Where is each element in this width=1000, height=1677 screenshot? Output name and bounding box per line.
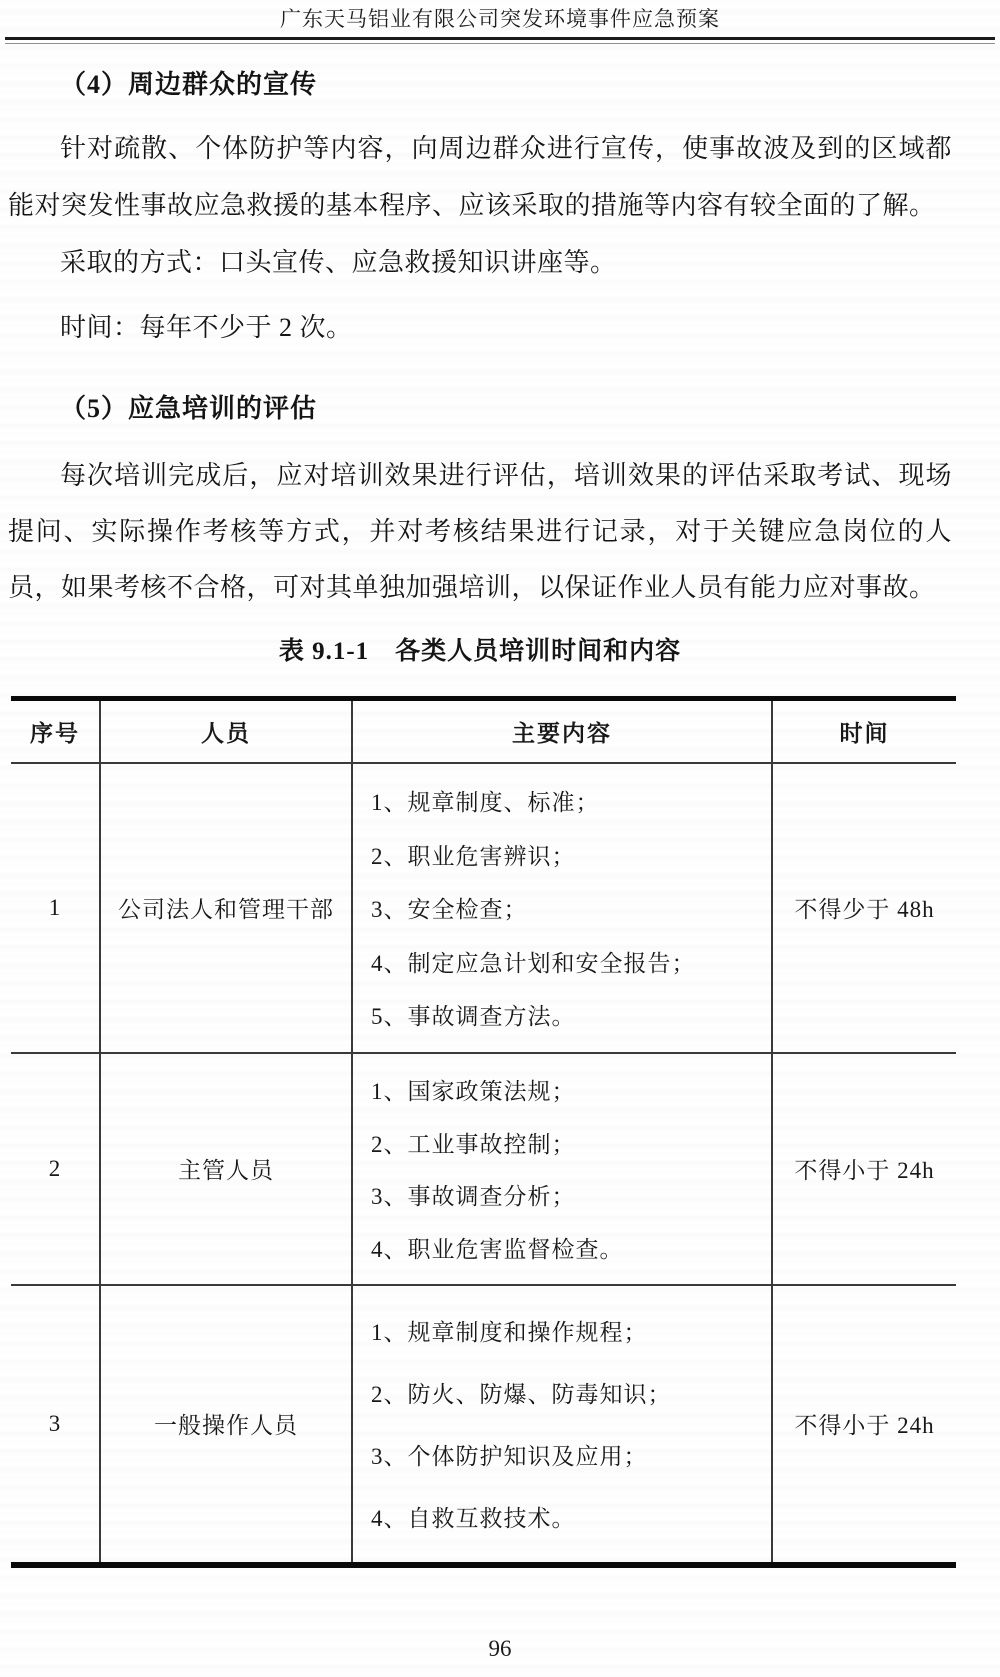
row-number-cell: 2	[11, 1053, 100, 1285]
header-double-rule	[5, 37, 995, 44]
document-page: 广东天马铝业有限公司突发环境事件应急预案 （4）周边群众的宣传 针对疏散、个体防…	[0, 0, 1000, 1568]
table-row: 2 主管人员 1、国家政策法规； 2、工业事故控制； 3、事故调查分析； 4、职…	[11, 1053, 956, 1285]
time-cell: 不得小于 24h	[772, 1285, 956, 1565]
table-header-row: 序号 人员 主要内容 时间	[11, 699, 956, 763]
page-header: 广东天马铝业有限公司突发环境事件应急预案	[0, 6, 1000, 44]
time-cell: 不得少于 48h	[772, 763, 956, 1053]
training-table: 序号 人员 主要内容 时间 1 公司法人和管理干部 1、规章制度、标准； 2、职…	[11, 696, 956, 1568]
page-number: 96	[0, 1636, 1000, 1662]
content-cell: 1、国家政策法规； 2、工业事故控制； 3、事故调查分析； 4、职业危害监督检查…	[352, 1053, 772, 1285]
table-row: 1 公司法人和管理干部 1、规章制度、标准； 2、职业危害辨识； 3、安全检查；…	[11, 763, 956, 1053]
content-item: 3、事故调查分析；	[371, 1178, 771, 1211]
content-item: 2、工业事故控制；	[371, 1126, 771, 1159]
time-cell: 不得小于 24h	[772, 1053, 956, 1285]
section-4-paragraph-1: 针对疏散、个体防护等内容，向周边群众进行宣传，使事故波及到的区域都能对突发性事故…	[8, 120, 952, 234]
content-item: 4、制定应急计划和安全报告；	[371, 945, 771, 978]
content-item-list: 1、国家政策法规； 2、工业事故控制； 3、事故调查分析； 4、职业危害监督检查…	[353, 1054, 771, 1284]
table-title: 表 9.1-1 各类人员培训时间和内容	[8, 636, 952, 668]
content-item: 4、职业危害监督检查。	[371, 1231, 771, 1264]
row-number-cell: 3	[11, 1285, 100, 1565]
content-item-list: 1、规章制度和操作规程； 2、防火、防爆、防毒知识； 3、个体防护知识及应用； …	[353, 1286, 771, 1562]
section-5-heading: （5）应急培训的评估	[60, 392, 952, 426]
content-item: 1、国家政策法规；	[371, 1073, 771, 1106]
col-header-time: 时间	[772, 699, 956, 763]
content-item-list: 1、规章制度、标准； 2、职业危害辨识； 3、安全检查； 4、制定应急计划和安全…	[353, 764, 771, 1052]
content-item: 2、职业危害辨识；	[371, 838, 771, 871]
content-item: 1、规章制度、标准；	[371, 784, 771, 817]
content-item: 5、事故调查方法。	[371, 998, 771, 1031]
col-header-content: 主要内容	[352, 699, 772, 763]
content-item: 2、防火、防爆、防毒知识；	[371, 1376, 771, 1409]
section-5-paragraph-1: 每次培训完成后，应对培训效果进行评估，培训效果的评估采取考试、现场提问、实际操作…	[8, 448, 952, 616]
content-cell: 1、规章制度、标准； 2、职业危害辨识； 3、安全检查； 4、制定应急计划和安全…	[352, 763, 772, 1053]
content-cell: 1、规章制度和操作规程； 2、防火、防爆、防毒知识； 3、个体防护知识及应用； …	[352, 1285, 772, 1565]
personnel-cell: 一般操作人员	[100, 1285, 352, 1565]
content-item: 1、规章制度和操作规程；	[371, 1314, 771, 1347]
content-item: 4、自救互救技术。	[371, 1500, 771, 1533]
table-row: 3 一般操作人员 1、规章制度和操作规程； 2、防火、防爆、防毒知识； 3、个体…	[11, 1285, 956, 1565]
content-item: 3、个体防护知识及应用；	[371, 1438, 771, 1471]
personnel-cell: 主管人员	[100, 1053, 352, 1285]
section-4-paragraph-2: 采取的方式：口头宣传、应急救援知识讲座等。	[8, 234, 952, 291]
personnel-cell: 公司法人和管理干部	[100, 763, 352, 1053]
col-header-no: 序号	[11, 699, 100, 763]
section-4-paragraph-3: 时间：每年不少于 2 次。	[8, 299, 952, 356]
col-header-personnel: 人员	[100, 699, 352, 763]
row-number-cell: 1	[11, 763, 100, 1053]
document-body: （4）周边群众的宣传 针对疏散、个体防护等内容，向周边群众进行宣传，使事故波及到…	[0, 68, 1000, 1568]
section-4-heading: （4）周边群众的宣传	[60, 68, 952, 102]
content-item: 3、安全检查；	[371, 891, 771, 924]
page-header-title: 广东天马铝业有限公司突发环境事件应急预案	[0, 6, 1000, 32]
